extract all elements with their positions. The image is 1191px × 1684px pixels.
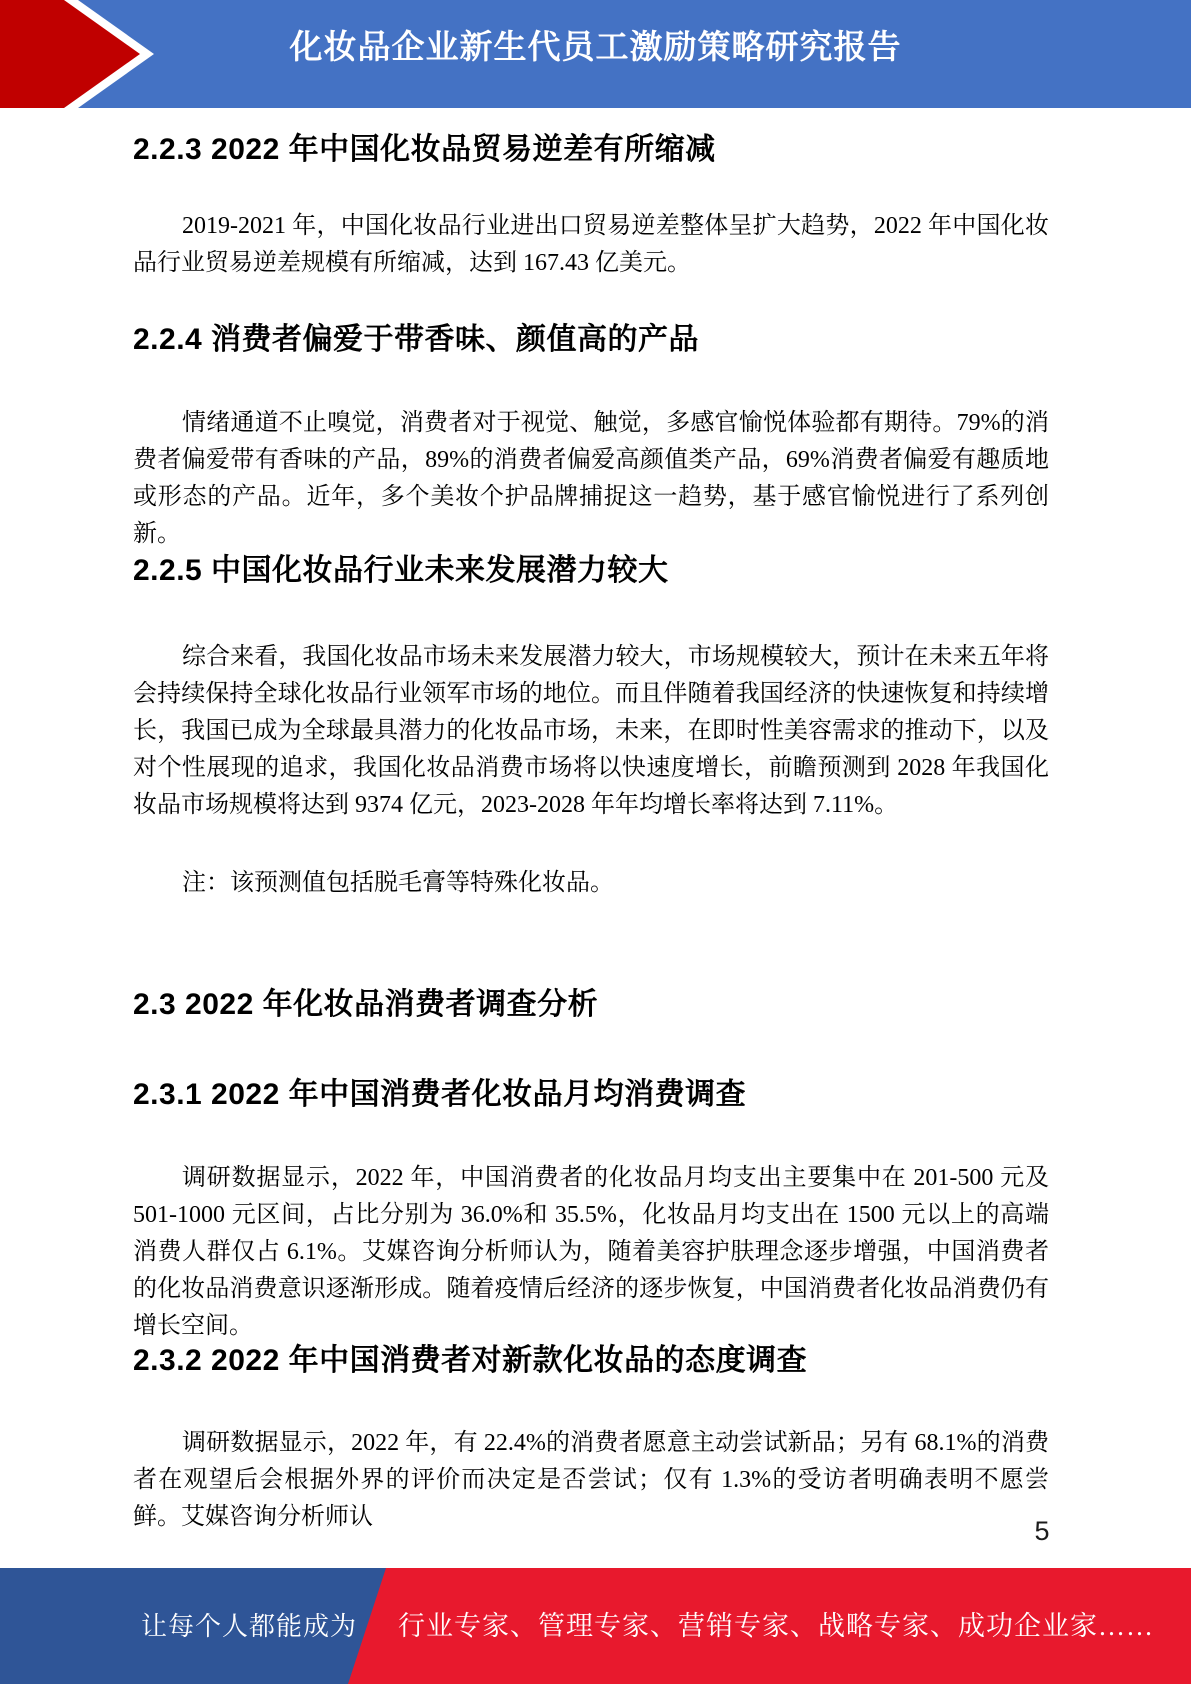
heading-2-2-4: 2.2.4 消费者偏爱于带香味、颜值高的产品 <box>133 322 1049 358</box>
forecast-note: 注：该预测值包括脱毛膏等特殊化妆品。 <box>133 865 1049 902</box>
heading-2-3-1: 2.3.1 2022 年中国消费者化妆品月均消费调查 <box>133 1077 1049 1113</box>
report-title: 化妆品企业新生代员工激励策略研究报告 <box>0 27 1191 67</box>
footer-banner: 让每个人都能成为 行业专家、管理专家、营销专家、战略专家、成功企业家…… <box>0 1568 1191 1684</box>
heading-2-3-2: 2.3.2 2022 年中国消费者对新款化妆品的态度调查 <box>133 1343 1049 1379</box>
heading-2-3: 2.3 2022 年化妆品消费者调查分析 <box>133 987 1049 1023</box>
paragraph-2-2-4: 情绪通道不止嗅觉，消费者对于视觉、触觉，多感官愉悦体验都有期待。79%的消费者偏… <box>133 405 1049 553</box>
header-banner: 化妆品企业新生代员工激励策略研究报告 <box>0 0 1191 108</box>
paragraph-2-2-3: 2019-2021 年，中国化妆品行业进出口贸易逆差整体呈扩大趋势，2022 年… <box>133 208 1049 282</box>
paragraph-2-3-2: 调研数据显示，2022 年，有 22.4%的消费者愿意主动尝试新品；另有 68.… <box>133 1425 1049 1536</box>
heading-2-2-5: 2.2.5 中国化妆品行业未来发展潜力较大 <box>133 553 1049 589</box>
page-number: 5 <box>1018 1515 1066 1547</box>
paragraph-2-2-5: 综合来看，我国化妆品市场未来发展潜力较大，市场规模较大，预计在未来五年将会持续保… <box>133 639 1049 824</box>
paragraph-2-3-1: 调研数据显示，2022 年，中国消费者的化妆品月均支出主要集中在 201-500… <box>133 1160 1049 1345</box>
footer-slogan-right: 行业专家、管理专家、营销专家、战略专家、成功企业家…… <box>398 1611 1154 1642</box>
heading-2-2-3: 2.2.3 2022 年中国化妆品贸易逆差有所缩减 <box>133 132 1049 168</box>
report-page: 化妆品企业新生代员工激励策略研究报告 2.2.3 2022 年中国化妆品贸易逆差… <box>0 0 1191 1684</box>
footer-slogan-left: 让每个人都能成为 <box>141 1612 357 1642</box>
